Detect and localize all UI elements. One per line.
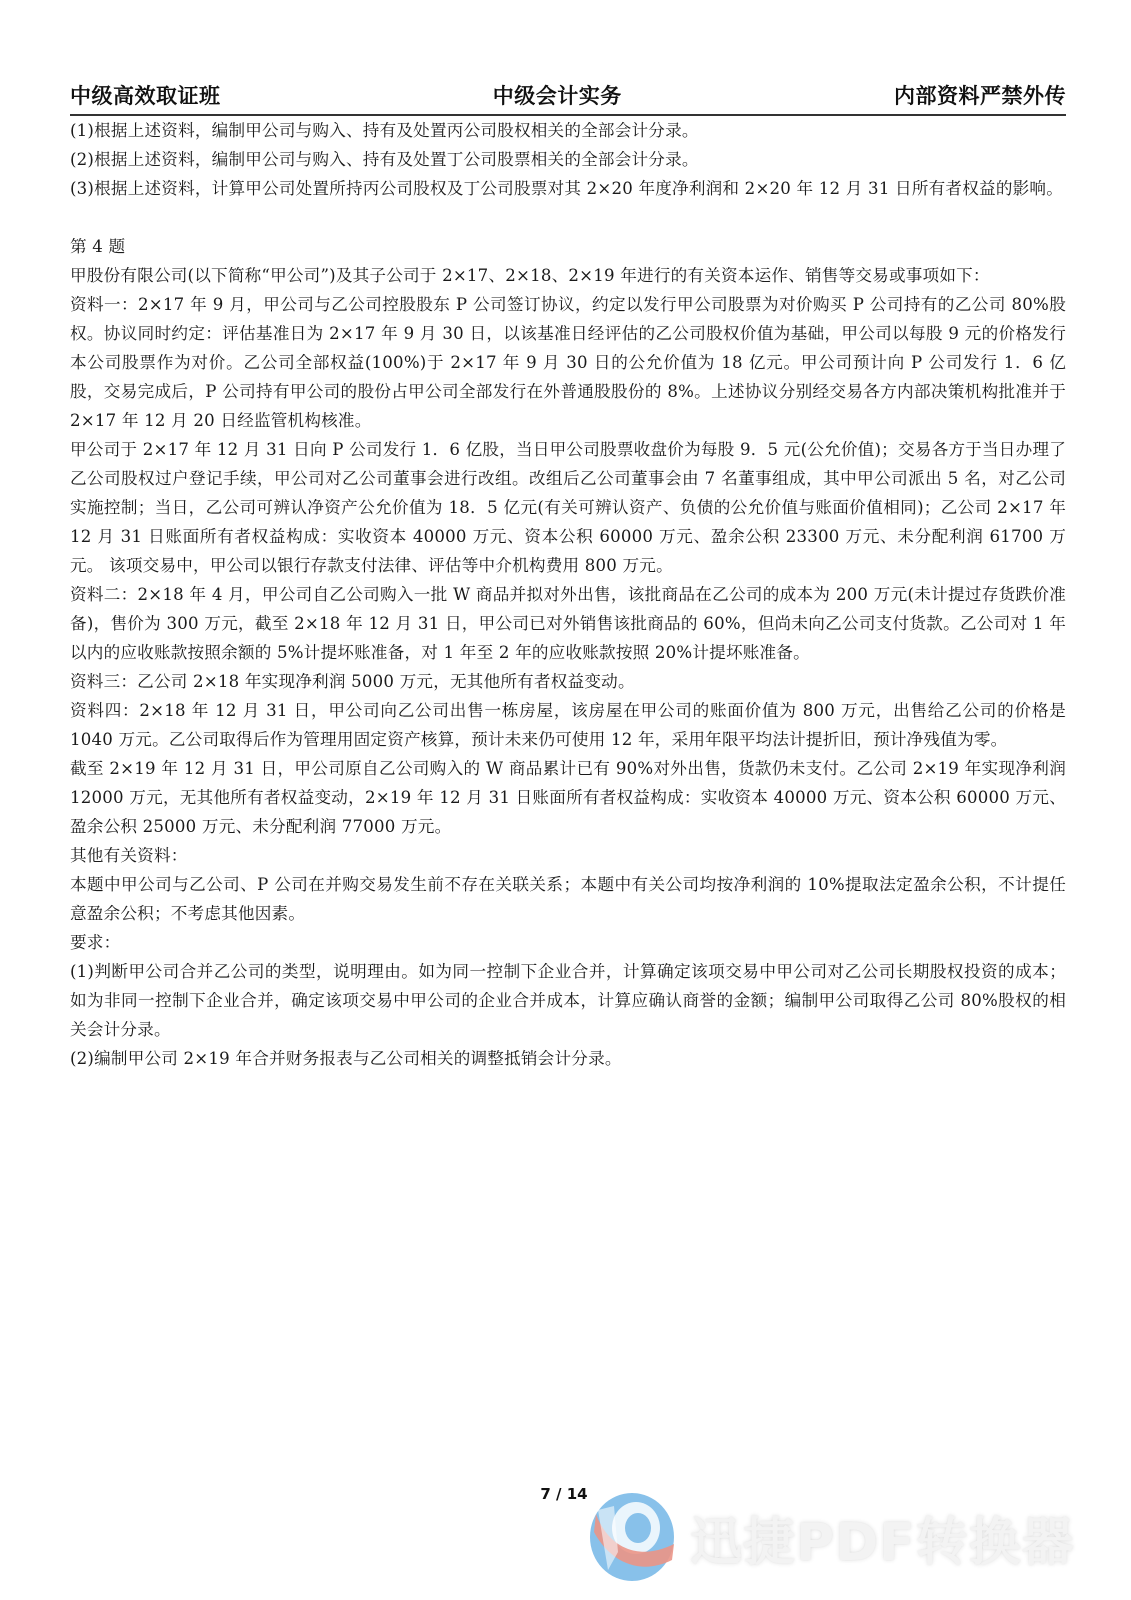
watermark-text: 迅捷PDF转换器 <box>690 1500 1075 1575</box>
watermark: 迅捷PDF转换器 <box>588 1492 1108 1582</box>
material-1: 资料一：2×17 年 9 月，甲公司与乙公司控股股东 P 公司签订协议，约定以发… <box>70 290 1066 435</box>
prev-requirement-3: (3)根据上述资料，计算甲公司处置所持丙公司股权及丁公司股票对其 2×20 年度… <box>70 174 1066 203</box>
material-4: 资料四：2×18 年 12 月 31 日，甲公司向乙公司出售一栋房屋，该房屋在甲… <box>70 696 1066 754</box>
requirement-2: (2)编制甲公司 2×19 年合并财务报表与乙公司相关的调整抵销会计分录。 <box>70 1044 1066 1073</box>
material-3: 资料三：乙公司 2×18 年实现净利润 5000 万元，无其他所有者权益变动。 <box>70 667 1066 696</box>
pdf-converter-logo-icon <box>588 1492 676 1582</box>
page-header: 中级高效取证班 中级会计实务 内部资料严禁外传 <box>70 76 1066 116</box>
header-left: 中级高效取证班 <box>70 80 221 110</box>
other-info: 本题中甲公司与乙公司、P 公司在并购交易发生前不存在关联关系；本题中有关公司均按… <box>70 870 1066 928</box>
other-info-label: 其他有关资料： <box>70 841 1066 870</box>
prev-requirement-2: (2)根据上述资料，编制甲公司与购入、持有及处置丁公司股票相关的全部会计分录。 <box>70 145 1066 174</box>
prev-requirement-1: (1)根据上述资料，编制甲公司与购入、持有及处置丙公司股权相关的全部会计分录。 <box>70 116 1066 145</box>
header-right: 内部资料严禁外传 <box>894 80 1066 110</box>
document-body: (1)根据上述资料，编制甲公司与购入、持有及处置丙公司股权相关的全部会计分录。 … <box>70 116 1066 1073</box>
requirement-1: (1)判断甲公司合并乙公司的类型，说明理由。如为同一控制下企业合并，计算确定该项… <box>70 957 1066 1044</box>
material-2: 资料二：2×18 年 4 月，甲公司自乙公司购入一批 W 商品并拟对外出售，该批… <box>70 580 1066 667</box>
question-title: 第 4 题 <box>70 232 1066 261</box>
material-1-cont: 甲公司于 2×17 年 12 月 31 日向 P 公司发行 1．6 亿股，当日甲… <box>70 435 1066 580</box>
material-4-cont: 截至 2×19 年 12 月 31 日，甲公司原自乙公司购入的 W 商品累计已有… <box>70 754 1066 841</box>
header-center: 中级会计实务 <box>493 80 622 110</box>
spacer <box>70 203 1066 232</box>
requirements-label: 要求： <box>70 928 1066 957</box>
question-intro: 甲股份有限公司(以下简称“甲公司”)及其子公司于 2×17、2×18、2×19 … <box>70 261 1066 290</box>
